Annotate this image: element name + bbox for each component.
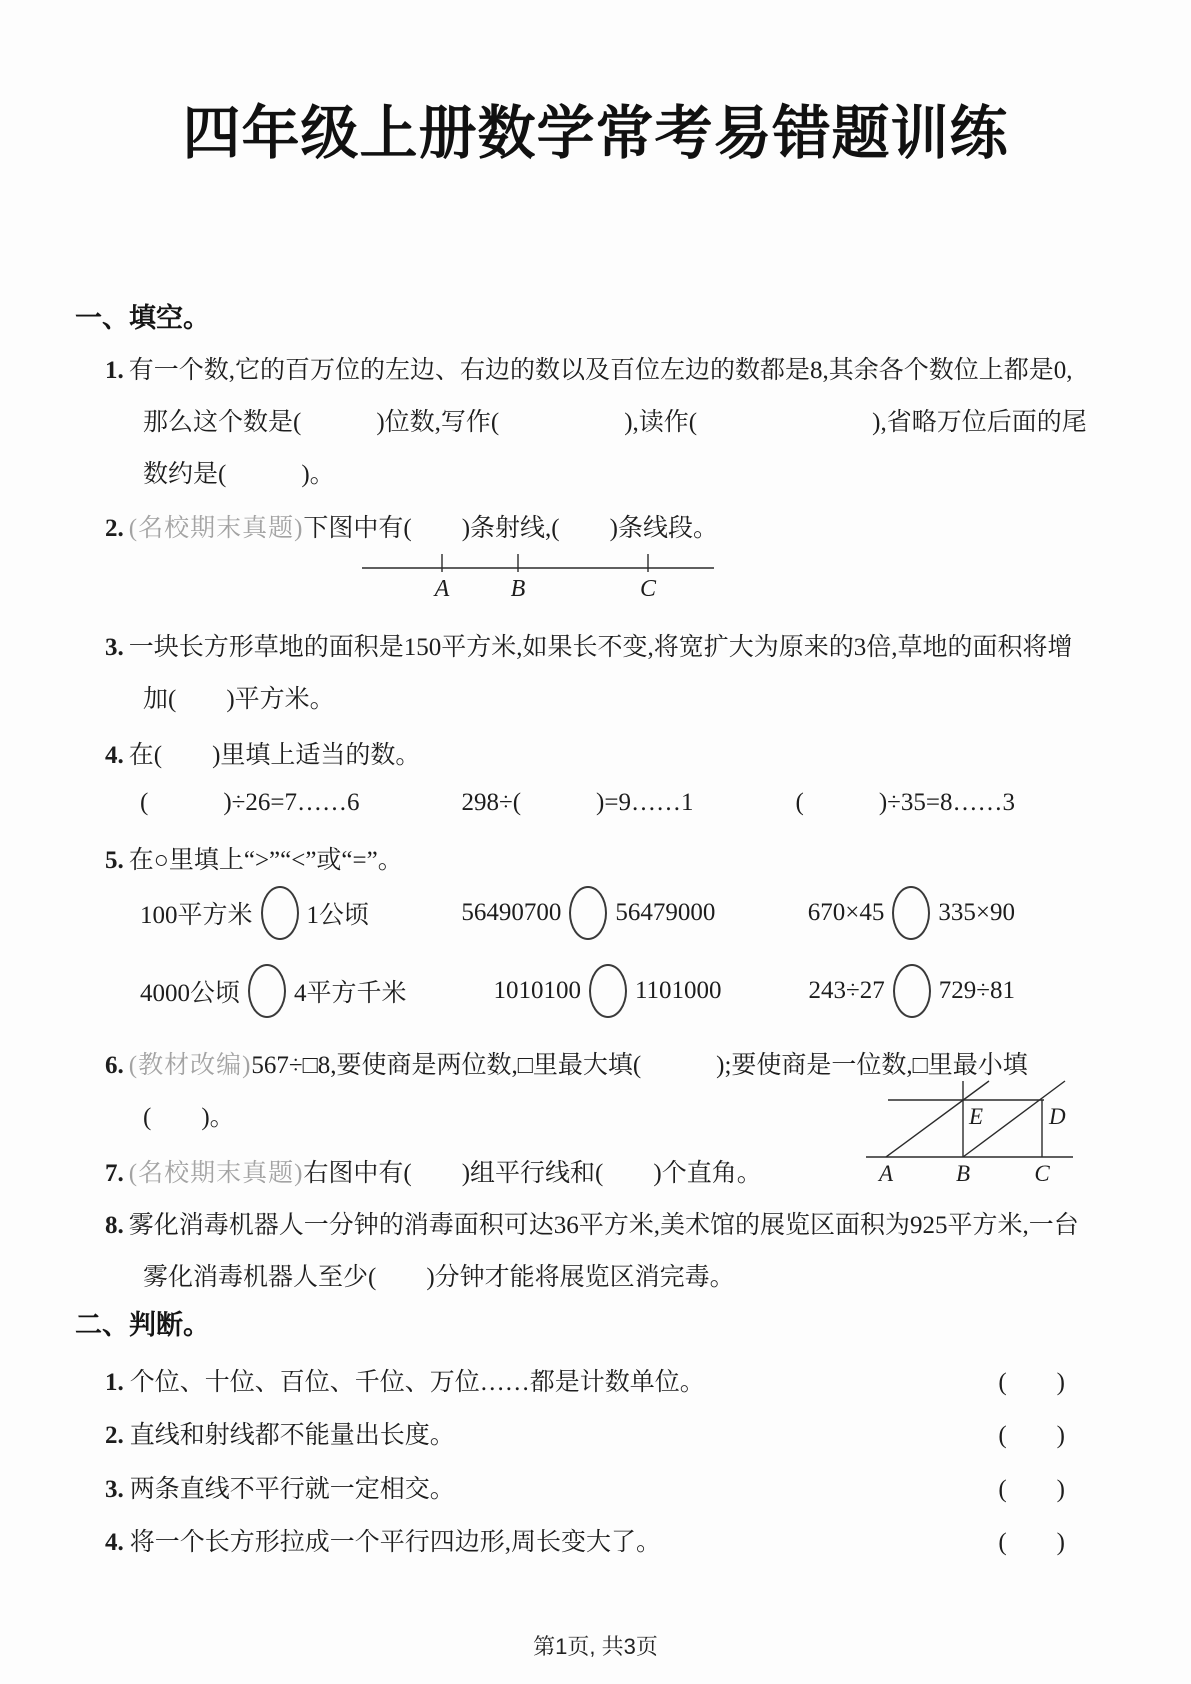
comparison-item: 100平方米1公顷 xyxy=(140,886,369,940)
question-8: 8.雾化消毒机器人一分钟的消毒面积可达36平方米,美术馆的展览区面积为925平方… xyxy=(105,1200,1093,1304)
point-label-c: C xyxy=(640,576,657,602)
question-3-text: 一块长方形草地的面积是150平方米,如果长不变,将宽扩大为原来的3倍,草地的面积… xyxy=(129,634,1073,713)
compare-right: 335×90 xyxy=(938,899,1015,927)
comparison-item: 4000公顷4平方千米 xyxy=(140,964,407,1018)
comparison-circle xyxy=(893,964,931,1018)
point-label-d: D xyxy=(1048,1104,1066,1129)
judge-item-text: 3.两条直线不平行就一定相交。 xyxy=(105,1469,455,1505)
compare-right: 729÷81 xyxy=(939,977,1015,1005)
comparison-circle xyxy=(892,886,930,940)
compare-left: 243÷27 xyxy=(809,977,885,1005)
comparison-item: 5649070056479000 xyxy=(461,886,715,940)
judge-item-statement: 直线和射线都不能量出长度。 xyxy=(130,1422,455,1449)
judge-item-1: 1.个位、十位、百位、千位、万位……都是计数单位。 ( ) xyxy=(105,1362,1065,1398)
question-1: 1.有一个数,它的百万位的左边、右边的数以及百位左边的数都是8,其余各个数位上都… xyxy=(105,345,1093,501)
question-7-number: 7. xyxy=(105,1160,124,1187)
comparison-item: 670×45335×90 xyxy=(808,886,1015,940)
judge-item-number: 2. xyxy=(105,1422,124,1449)
question-2-number: 2. xyxy=(105,515,124,542)
comparison-row-2: 4000公顷4平方千米 10101001101000 243÷27729÷81 xyxy=(140,963,1015,1019)
question-1-text: 有一个数,它的百万位的左边、右边的数以及百位左边的数都是8,其余各个数位上都是0… xyxy=(129,357,1087,488)
worksheet-page: 四年级上册数学常考易错题训练 一、填空。 1.有一个数,它的百万位的左边、右边的… xyxy=(0,0,1191,1684)
judge-item-statement: 个位、十位、百位、千位、万位……都是计数单位。 xyxy=(130,1369,705,1396)
judge-item-2: 2.直线和射线都不能量出长度。 ( ) xyxy=(105,1415,1065,1451)
question-2-text: 下图中有( )条射线,( )条线段。 xyxy=(303,515,718,542)
judge-answer-blank: ( ) xyxy=(998,1522,1065,1558)
compare-left: 56490700 xyxy=(461,899,561,927)
section-judge-heading: 二、判断。 xyxy=(75,1303,210,1342)
compare-left: 670×45 xyxy=(808,899,885,927)
judge-item-4: 4.将一个长方形拉成一个平行四边形,周长变大了。 ( ) xyxy=(105,1522,1065,1558)
comparison-row-1: 100平方米1公顷 5649070056479000 670×45335×90 xyxy=(140,885,1015,941)
question-5-text: 在○里填上“>”“<”或“=”。 xyxy=(129,847,403,874)
judge-item-number: 4. xyxy=(105,1529,124,1556)
compare-right: 1公顷 xyxy=(307,895,370,931)
question-3-number: 3. xyxy=(105,634,124,661)
judge-answer-blank: ( ) xyxy=(998,1362,1065,1398)
question-8-text: 雾化消毒机器人一分钟的消毒面积可达36平方米,美术馆的展览区面积为925平方米,… xyxy=(129,1212,1079,1291)
judge-item-3: 3.两条直线不平行就一定相交。 ( ) xyxy=(105,1469,1065,1505)
question-6-source-tag: (教材改编) xyxy=(129,1052,252,1079)
question-4: 4.在( )里填上适当的数。 xyxy=(105,730,1093,782)
point-label-c: C xyxy=(1034,1161,1050,1186)
question-6-number: 6. xyxy=(105,1052,124,1079)
question-5: 5.在○里填上“>”“<”或“=”。 xyxy=(105,835,1093,887)
compare-right: 56479000 xyxy=(615,899,715,927)
ray-segment-diagram: A B C xyxy=(360,546,720,609)
judge-item-statement: 两条直线不平行就一定相交。 xyxy=(130,1476,455,1503)
question-1-number: 1. xyxy=(105,357,124,384)
comparison-item: 243÷27729÷81 xyxy=(809,964,1015,1018)
page-title: 四年级上册数学常考易错题训练 xyxy=(0,86,1191,170)
comparison-circle xyxy=(589,964,627,1018)
judge-answer-blank: ( ) xyxy=(998,1469,1065,1505)
comparison-item: 10101001101000 xyxy=(493,964,721,1018)
question-4-text: 在( )里填上适当的数。 xyxy=(129,742,421,769)
question-8-number: 8. xyxy=(105,1212,124,1239)
judge-item-statement: 将一个长方形拉成一个平行四边形,周长变大了。 xyxy=(130,1529,661,1556)
comparison-circle xyxy=(261,886,299,940)
question-4-number: 4. xyxy=(105,742,124,769)
judge-item-text: 4.将一个长方形拉成一个平行四边形,周长变大了。 xyxy=(105,1522,661,1558)
compare-right: 4平方千米 xyxy=(294,973,407,1009)
judge-answer-blank: ( ) xyxy=(998,1415,1065,1451)
judge-item-number: 3. xyxy=(105,1476,124,1503)
judge-item-number: 1. xyxy=(105,1369,124,1396)
question-7: 7.(名校期末真题)右图中有( )组平行线和( )个直角。 xyxy=(105,1148,903,1200)
compare-left: 1010100 xyxy=(493,977,581,1005)
question-7-source-tag: (名校期末真题) xyxy=(129,1160,304,1187)
comparison-circle xyxy=(569,886,607,940)
point-label-b: B xyxy=(511,576,526,602)
comparison-circle xyxy=(248,964,286,1018)
point-label-e: E xyxy=(968,1104,983,1129)
page-footer: 第1页, 共3页 xyxy=(0,1630,1191,1661)
compare-left: 100平方米 xyxy=(140,895,253,931)
question-7-text: 右图中有( )组平行线和( )个直角。 xyxy=(303,1160,761,1187)
judge-item-text: 1.个位、十位、百位、千位、万位……都是计数单位。 xyxy=(105,1362,705,1398)
compare-left: 4000公顷 xyxy=(140,973,240,1009)
judge-item-text: 2.直线和射线都不能量出长度。 xyxy=(105,1415,455,1451)
point-label-b: B xyxy=(956,1161,970,1186)
question-2-source-tag: (名校期末真题) xyxy=(129,515,304,542)
equation-1: ( )÷26=7……6 xyxy=(140,782,359,818)
equation-3: ( )÷35=8……3 xyxy=(796,782,1015,818)
compare-right: 1101000 xyxy=(635,977,722,1005)
equation-2: 298÷( )=9……1 xyxy=(462,782,694,818)
question-3: 3.一块长方形草地的面积是150平方米,如果长不变,将宽扩大为原来的3倍,草地的… xyxy=(105,622,1093,726)
point-label-a: A xyxy=(433,576,450,602)
question-4-equations: ( )÷26=7……6 298÷( )=9……1 ( )÷35=8……3 xyxy=(140,782,1015,818)
section-fill-heading: 一、填空。 xyxy=(75,296,210,335)
question-5-number: 5. xyxy=(105,847,124,874)
